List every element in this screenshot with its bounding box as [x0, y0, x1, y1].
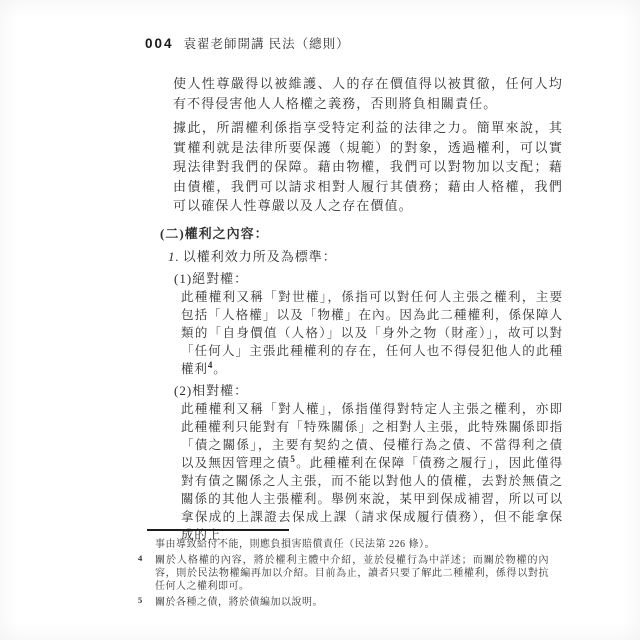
footnote-text: 關於各種之債，將於債編加以說明。 [155, 597, 323, 608]
footnote-text: 關於人格權的內容，將於權利主體中介紹，並於侵權行為中詳述；而關於物權的內容，則於… [155, 555, 549, 592]
footnote-continuation: 事由導致給付不能，則應負損害賠償責任（民法第 226 條）。 [137, 538, 549, 551]
item-text: 此種權利又稱「對人權」，係指僅得對特定人主張之權利，亦即此種權利只能對有「特殊關… [181, 400, 563, 544]
footnote-number: 5 [138, 594, 143, 607]
item-title: 絕對權： [192, 271, 248, 286]
item-label: (2) [174, 383, 192, 398]
section-heading: (二)權利之內容： [160, 224, 563, 243]
section-label: (二) [160, 226, 185, 241]
body-paragraph: 據此，所謂權利係指享受特定利益的法律之力。簡單來說，其實權利就是法律所要保護（規… [173, 118, 563, 216]
item-title: 相對權： [192, 383, 248, 398]
body-paragraph: 使人性尊嚴得以被維護、人的存在價值得以被貫徹，任何人均有不得侵害他人人格權之義務… [173, 74, 563, 113]
item-heading: (2)相對權： [174, 381, 563, 400]
subsection-heading: 1.以權利效力所及為標準： [168, 247, 563, 266]
page-header: 004袁翟老師開講 民法（總則） [145, 34, 350, 52]
footnote-divider [147, 529, 289, 531]
book-title: 袁翟老師開講 民法（總則） [184, 37, 350, 51]
subsection-label: 1. [168, 249, 180, 264]
outline-item-relative-right: (2)相對權： 此種權利又稱「對人權」，係指僅得對特定人主張之權利，亦即此種權利… [160, 381, 563, 544]
book-page: 004袁翟老師開講 民法（總則） 使人性尊嚴得以被維護、人的存在價值得以被貫徹，… [0, 0, 640, 640]
footnote-number: 4 [138, 552, 143, 565]
page-number: 004 [145, 36, 174, 51]
footnotes-block: 事由導致給付不能，則應負損害賠償責任（民法第 226 條）。 4關於人格權的內容… [137, 529, 549, 612]
outline-item-absolute-right: (1)絕對權： 此種權利又稱「對世權」，係指可以對任何人主張之權利，主要包括「人… [160, 269, 563, 378]
item-heading: (1)絕對權： [174, 269, 563, 288]
item-text: 此種權利又稱「對世權」，係指可以對任何人主張之權利，主要包括「人格權」以及「物權… [181, 288, 563, 378]
section-title: 權利之內容： [185, 226, 269, 241]
item-text-run: 。 [213, 362, 226, 376]
subsection-title: 以權利效力所及為標準： [183, 249, 337, 264]
page-content: 使人性尊嚴得以被維護、人的存在價值得以被貫徹，任何人均有不得侵害他人人格權之義務… [160, 74, 563, 547]
footnote: 4關於人格權的內容，將於權利主體中介紹，並於侵權行為中詳述；而關於物權的內容，則… [137, 554, 549, 593]
item-label: (1) [174, 271, 192, 286]
item-text-run: 此種權利又稱「對世權」，係指可以對任何人主張之權利，主要包括「人格權」以及「物權… [181, 290, 563, 376]
footnote: 5關於各種之債，將於債編加以說明。 [137, 596, 549, 609]
